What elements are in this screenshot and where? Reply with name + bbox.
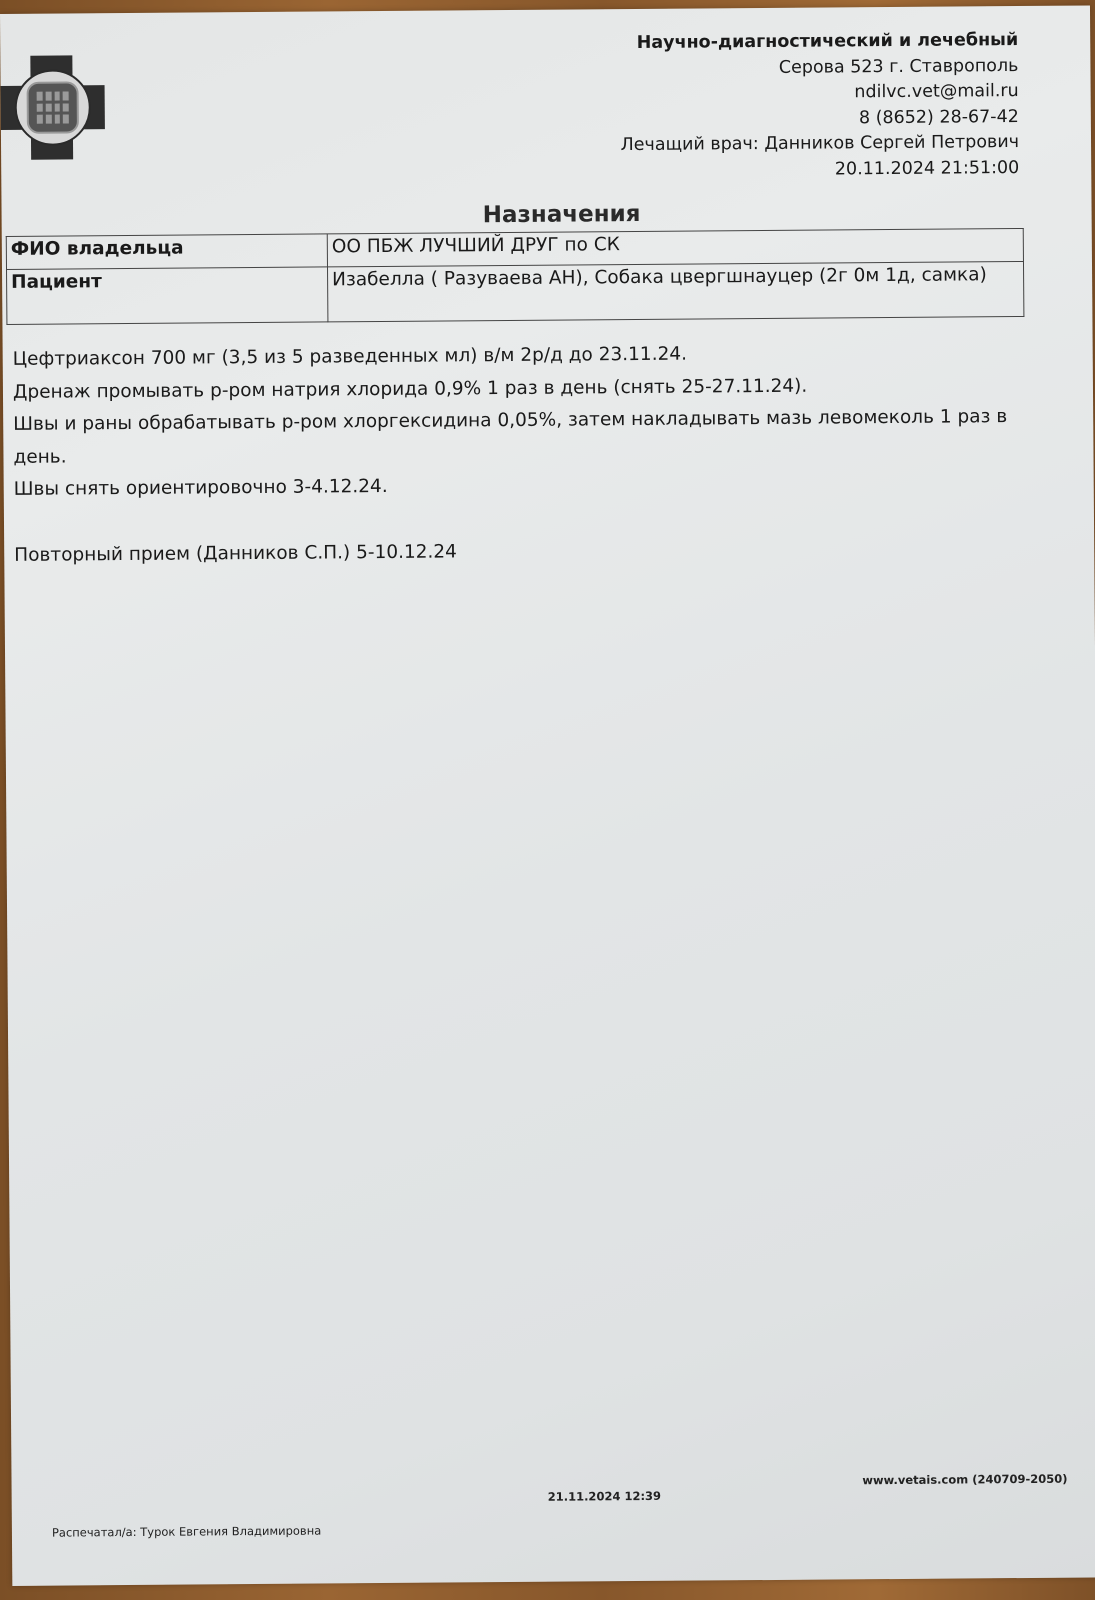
patient-label: Пациент [7,267,328,325]
clinic-phone: 8 (8652) 28-67-42 [620,105,1019,134]
document-datetime: 20.11.2024 21:51:00 [621,156,1020,185]
prescription-list: Цефтриаксон 700 мг (3,5 из 5 разведенных… [13,336,1055,572]
clinic-address: Серова 523 г. Ставрополь [620,54,1019,83]
software-site: www.vetais.com (240709-2050) [862,1472,1067,1488]
owner-label: ФИО владельца [6,234,327,270]
owner-patient-table: ФИО владельца ОО ПБЖ ЛУЧШИЙ ДРУГ по СК П… [6,228,1025,325]
prescription-sheet: Научно-диагностический и лечебный Серова… [0,5,1095,1586]
print-datetime: 21.11.2024 12:39 [548,1489,661,1504]
table-row: Пациент Изабелла ( Разуваева АН), Собака… [7,261,1024,324]
owner-value: ОО ПБЖ ЛУЧШИЙ ДРУГ по СК [327,228,1023,266]
clinic-header: Научно-диагностический и лечебный Серова… [620,28,1020,184]
attending-doctor: Лечащий врач: Данников Сергей Петрович [620,130,1019,159]
page-title: Назначения [2,197,1092,232]
printed-by: Распечатал/а: Турок Евгения Владимировна [52,1524,321,1540]
prescription-item: Швы и раны обрабатывать р-ром хлоргексид… [13,401,1053,474]
org-name: Научно-диагностический и лечебный [620,28,1019,57]
clinic-email: ndilvc.vet@mail.ru [620,79,1019,108]
university-seal-cross-icon [0,55,105,160]
patient-value: Изабелла ( Разуваева АН), Собака цвергшн… [327,261,1023,321]
follow-up-visit: Повторный прием (Данников С.П.) 5-10.12.… [14,531,1054,572]
